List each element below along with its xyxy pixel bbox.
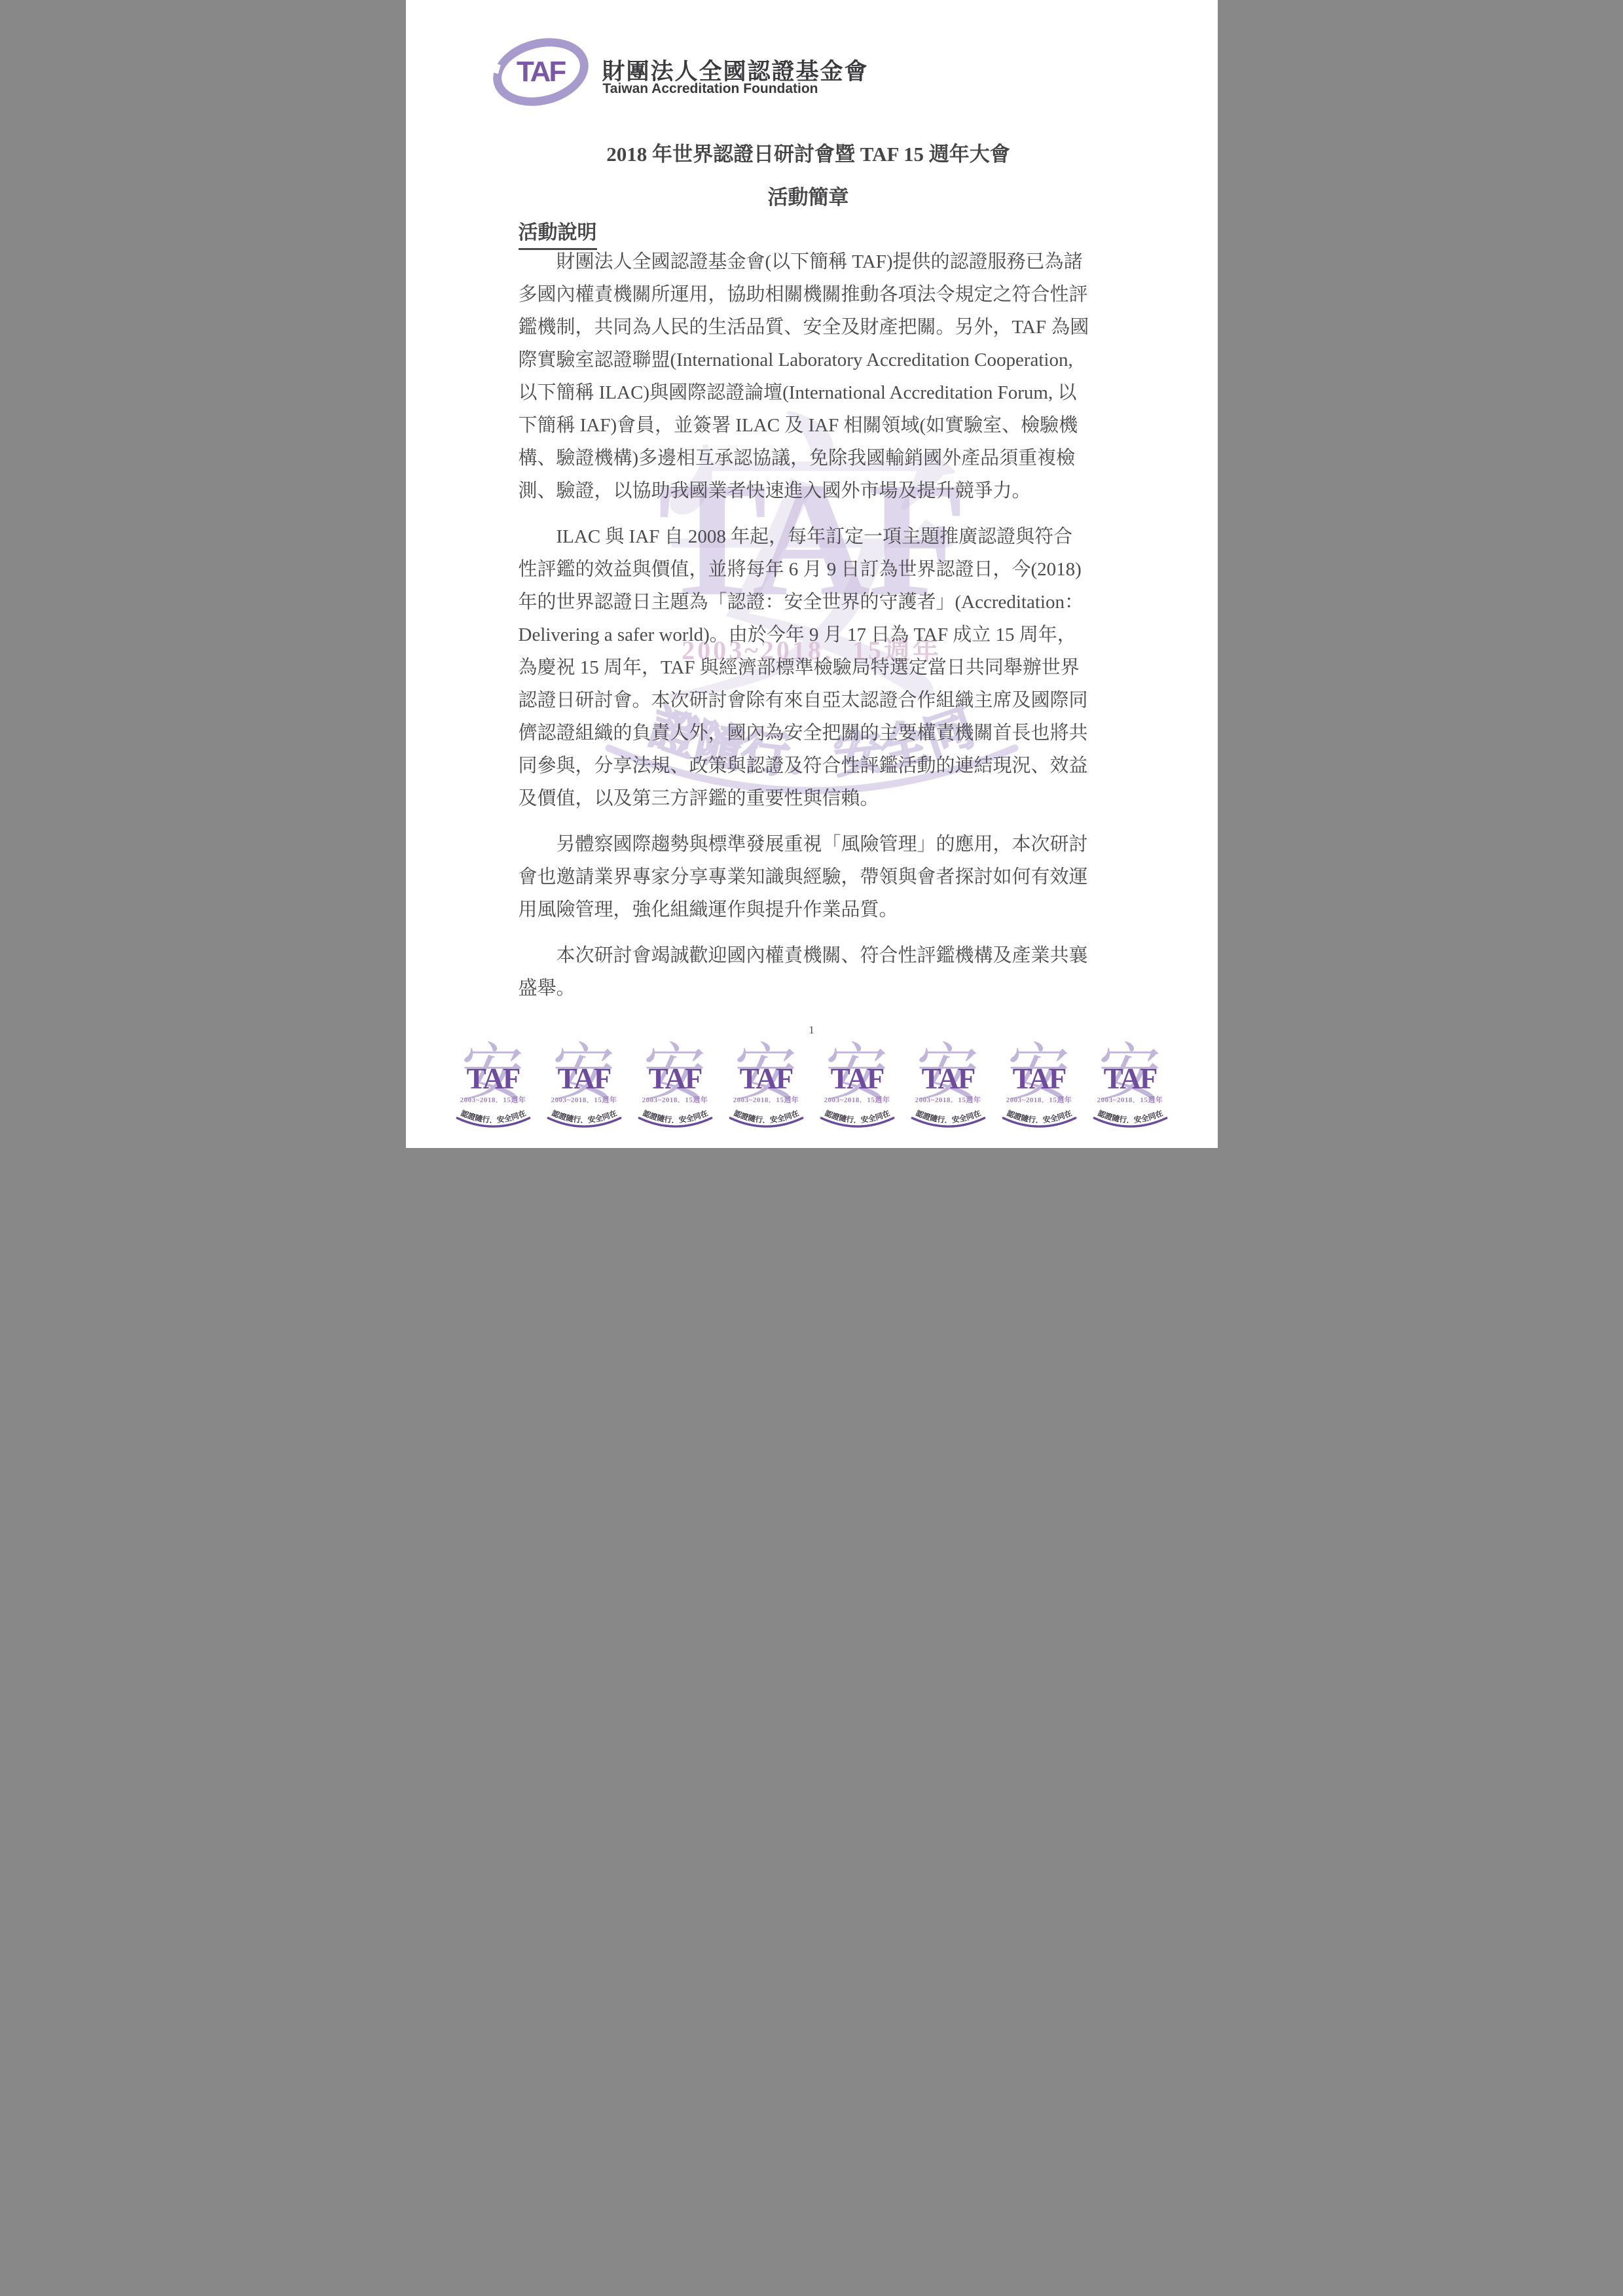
footer-anniversary-logo: 安TAF2003~2018．15週年認證隨行．安全同在 bbox=[630, 1046, 721, 1134]
footer-anniversary-logo: 安TAF2003~2018．15週年認證隨行．安全同在 bbox=[903, 1046, 994, 1134]
body-text-line: 盛舉。 bbox=[519, 972, 1099, 1005]
body-text-line: 認證日研討會。本次研討會除有來自亞太認證合作組織主席及國際同 bbox=[519, 684, 1099, 717]
body-text-line: 儕認證組織的負責人外，國內為安全把關的主要權責機關首長也將共 bbox=[519, 717, 1099, 749]
taf-logo-circle-icon: TAF bbox=[486, 29, 596, 116]
footer-logo-band: 安TAF2003~2018．15週年認證隨行．安全同在安TAF2003~2018… bbox=[448, 1046, 1176, 1134]
body-text-line: 多國內權責機關所運用，協助相關機關推動各項法令規定之符合性評 bbox=[519, 278, 1099, 311]
taf-wordmark: TAF bbox=[812, 1064, 903, 1094]
slogan-arc: 認證隨行．安全同在 bbox=[448, 1102, 539, 1135]
body-text-line: 構、驗證機構)多邊相互承認協議，免除我國輸銷國外產品須重複檢 bbox=[519, 442, 1099, 475]
footer-anniversary-logo: 安TAF2003~2018．15週年認證隨行．安全同在 bbox=[994, 1046, 1085, 1134]
body-text-line: 為慶祝 15 周年，TAF 與經濟部標準檢驗局特選定當日共同舉辦世界 bbox=[519, 651, 1099, 684]
footer-anniversary-logo: 安TAF2003~2018．15週年認證隨行．安全同在 bbox=[812, 1046, 903, 1134]
body-text-line: 年的世界認證日主題為「認證：安全世界的守護者」(Accreditation： bbox=[519, 586, 1099, 619]
footer-anniversary-logo: 安TAF2003~2018．15週年認證隨行．安全同在 bbox=[539, 1046, 630, 1134]
paragraph: 另體察國際趨勢與標準發展重視「風險管理」的應用，本次研討會也邀請業界專家分享專業… bbox=[519, 828, 1099, 926]
footer-anniversary-logo: 安TAF2003~2018．15週年認證隨行．安全同在 bbox=[448, 1046, 539, 1134]
taf-wordmark: TAF bbox=[994, 1064, 1085, 1094]
footer-anniversary-logo: 安TAF2003~2018．15週年認證隨行．安全同在 bbox=[1085, 1046, 1176, 1134]
body-text-line: 會也邀請業界專家分享專業知識與經驗，帶領與會者探討如何有效運 bbox=[519, 861, 1099, 893]
document-title-line2: 活動簡章 bbox=[519, 181, 1099, 210]
body-text-line: 本次研討會竭誠歡迎國內權責機關、符合性評鑑機構及產業共襄 bbox=[519, 939, 1099, 972]
header: TAF 財團法人全國認證基金會 Taiwan Accreditation Fou… bbox=[406, 0, 1218, 118]
paragraph: 財團法人全國認證基金會(以下簡稱 TAF)提供的認證服務已為諸多國內權責機關所運… bbox=[519, 245, 1099, 507]
page-number: 1 bbox=[406, 1024, 1218, 1037]
paragraph: 本次研討會竭誠歡迎國內權責機關、符合性評鑑機構及產業共襄盛舉。 bbox=[519, 939, 1099, 1005]
slogan-arc: 認證隨行．安全同在 bbox=[1085, 1102, 1176, 1135]
slogan-arc: 認證隨行．安全同在 bbox=[812, 1102, 903, 1135]
taf-wordmark: TAF bbox=[903, 1064, 994, 1094]
org-name-english: Taiwan Accreditation Foundation bbox=[603, 81, 818, 97]
body-text-line: 際實驗室認證聯盟(International Laboratory Accred… bbox=[519, 344, 1099, 376]
paragraph: ILAC 與 IAF 自 2008 年起，每年訂定一項主題推廣認證與符合性評鑑的… bbox=[519, 520, 1099, 815]
body-text-line: 以下簡稱 ILAC)與國際認證論壇(International Accredit… bbox=[519, 376, 1099, 409]
taf-wordmark: TAF bbox=[539, 1064, 630, 1094]
body-text-line: 用風險管理，強化組織運作與提升作業品質。 bbox=[519, 893, 1099, 926]
body-text-line: ILAC 與 IAF 自 2008 年起，每年訂定一項主題推廣認證與符合 bbox=[519, 520, 1099, 553]
slogan-arc: 認證隨行．安全同在 bbox=[630, 1102, 721, 1135]
body-text-line: 財團法人全國認證基金會(以下簡稱 TAF)提供的認證服務已為諸 bbox=[519, 245, 1099, 278]
body-text-line: 性評鑑的效益與價值，並將每年 6 月 9 日訂為世界認證日，今(2018) bbox=[519, 553, 1099, 586]
body-text-line: Delivering a safer world)。由於今年 9 月 17 日為… bbox=[519, 619, 1099, 651]
body-text-line: 同參與，分享法規、政策與認證及符合性評鑑活動的連結現況、效益 bbox=[519, 749, 1099, 782]
taf-wordmark: TAF bbox=[721, 1064, 812, 1094]
slogan-arc: 認證隨行．安全同在 bbox=[994, 1102, 1085, 1135]
body-text-line: 下簡稱 IAF)會員，並簽署 ILAC 及 IAF 相關領域(如實驗室、檢驗機 bbox=[519, 409, 1099, 442]
taf-logo-monogram: TAF bbox=[517, 56, 564, 88]
body-text-line: 鑑機制，共同為人民的生活品質、安全及財產把關。另外，TAF 為國 bbox=[519, 311, 1099, 344]
body-text-line: 測、驗證，以協助我國業者快速進入國外市場及提升競爭力。 bbox=[519, 475, 1099, 507]
body-text: 財團法人全國認證基金會(以下簡稱 TAF)提供的認證服務已為諸多國內權責機關所運… bbox=[519, 245, 1099, 1005]
slogan-arc: 認證隨行．安全同在 bbox=[539, 1102, 630, 1135]
slogan-arc: 認證隨行．安全同在 bbox=[721, 1102, 812, 1135]
taf-wordmark: TAF bbox=[630, 1064, 721, 1094]
document-title-line1: 2018 年世界認證日研討會暨 TAF 15 週年大會 bbox=[519, 137, 1099, 167]
body-text-line: 另體察國際趨勢與標準發展重視「風險管理」的應用，本次研討 bbox=[519, 828, 1099, 861]
footer-anniversary-logo: 安TAF2003~2018．15週年認證隨行．安全同在 bbox=[721, 1046, 812, 1134]
body-text-line: 及價值，以及第三方評鑑的重要性與信賴。 bbox=[519, 782, 1099, 815]
document-page: TAF 財團法人全國認證基金會 Taiwan Accreditation Fou… bbox=[406, 0, 1218, 1148]
taf-wordmark: TAF bbox=[448, 1064, 539, 1094]
slogan-arc: 認證隨行．安全同在 bbox=[903, 1102, 994, 1135]
taf-wordmark: TAF bbox=[1085, 1064, 1176, 1094]
